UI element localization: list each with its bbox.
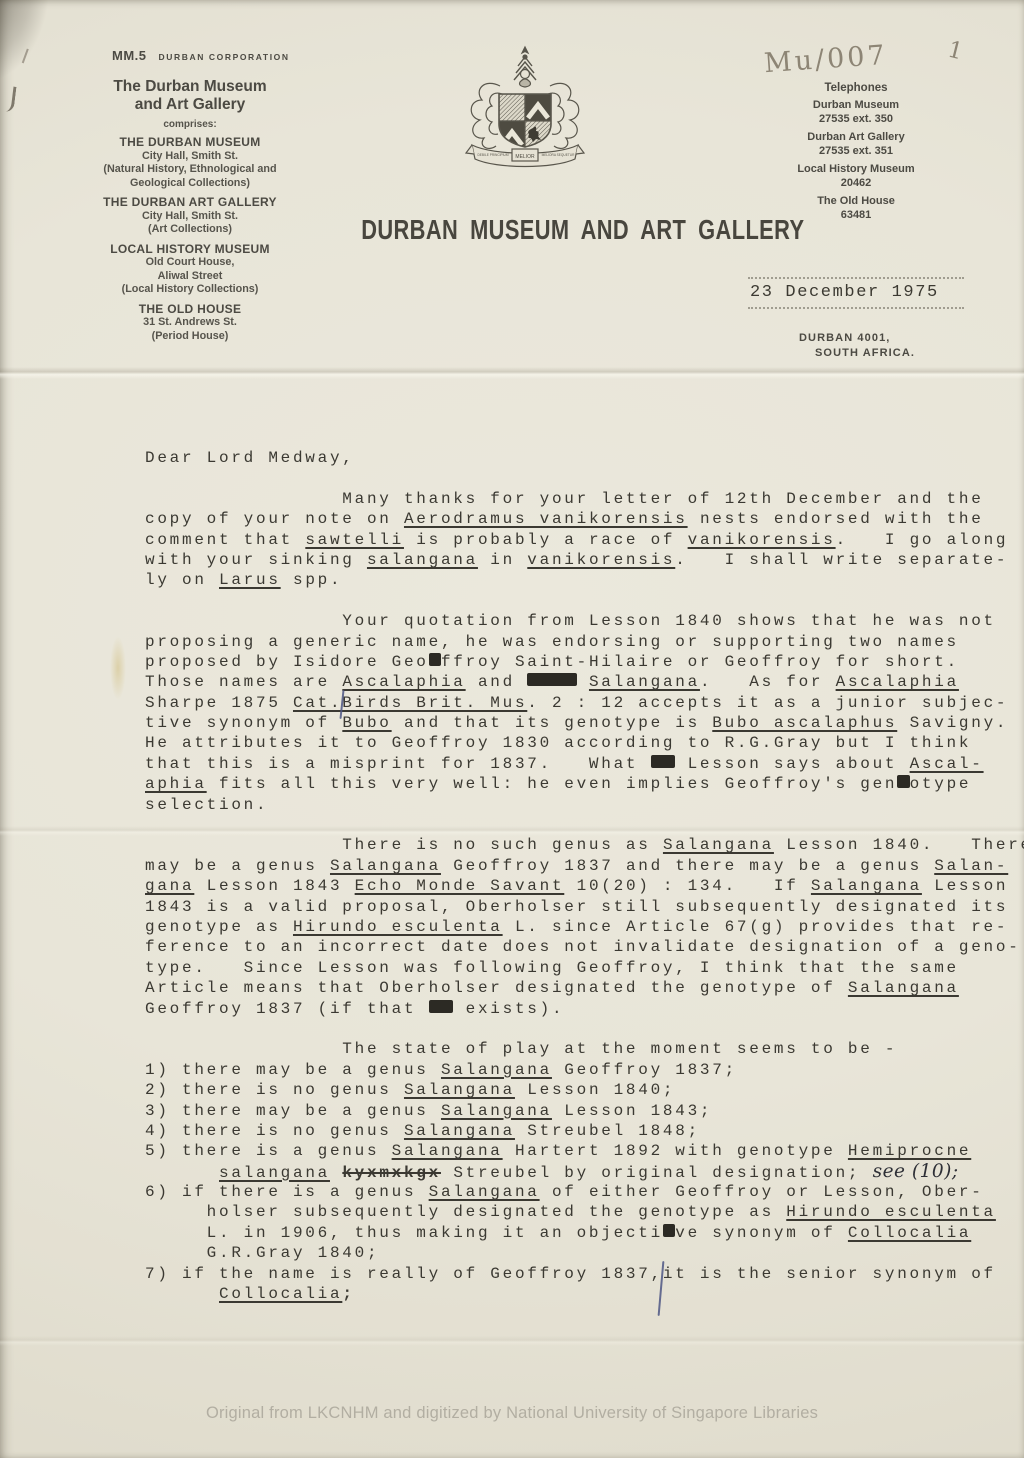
typed-line: 3) there may be a genus Salangana Lesson… <box>145 1101 1024 1121</box>
typed-line: proposed by Isidore Geo ffroy Saint-Hila… <box>145 652 1024 672</box>
typed-text: comment that <box>145 531 305 549</box>
typed-line: gana Lesson 1843 Echo Monde Savant 10(20… <box>145 876 1024 896</box>
institution-detail: (Natural History, Ethnological and <box>56 163 324 177</box>
typed-text: Bubo ascalaphus <box>712 714 897 732</box>
institution-name: THE DURBAN ART GALLERY <box>56 195 324 210</box>
typed-text: ly on <box>145 571 219 589</box>
typed-text <box>145 1164 219 1182</box>
typed-text: and that its genotype is <box>392 714 713 732</box>
typed-text: Collocalia <box>219 1285 342 1303</box>
phone-number: 27535 ext. 351 <box>744 145 968 159</box>
typed-line: 4) there is no genus Salangana Streubel … <box>145 1121 1024 1141</box>
typed-text: Geoffroy 1837 (if that <box>145 1000 429 1018</box>
institution-detail: Old Court House, <box>56 256 324 270</box>
phone-number: 27535 ext. 350 <box>744 113 968 127</box>
address-city: DURBAN 4001, <box>799 331 915 346</box>
typed-text: Salangana <box>392 1142 503 1160</box>
typed-text: Geoffroy 1837 and there may be a genus <box>441 857 934 875</box>
typed-text: Ascal- <box>910 755 984 773</box>
typed-line: 2) there is no genus Salangana Lesson 18… <box>145 1080 1024 1100</box>
typed-line: Article means that Oberholser designated… <box>145 978 1024 998</box>
institution-detail: Aliwal Street <box>56 270 324 284</box>
typed-text: Salangana <box>663 836 774 854</box>
typed-text: . As for <box>700 673 836 691</box>
phone-number: 20462 <box>744 177 968 191</box>
typed-line <box>145 815 1024 835</box>
letter-body: Dear Lord Medway, Many thanks for your l… <box>145 448 1024 1304</box>
typed-text: Salangana <box>429 1183 540 1201</box>
svg-text:DEBILE PRINCIPIUM: DEBILE PRINCIPIUM <box>478 153 509 157</box>
typed-line: may be a genus Salangana Geoffroy 1837 a… <box>145 856 1024 876</box>
paper-crease-bottom <box>0 1336 1024 1346</box>
typed-text: L. in 1906, thus making it an objecti <box>145 1224 663 1242</box>
typed-text: vanikorensis <box>688 531 836 549</box>
museum-name-line2: and Art Gallery <box>56 96 324 114</box>
typed-text: Streubel by original designation; <box>441 1164 873 1182</box>
typed-text <box>577 673 589 691</box>
digitization-watermark: Original from LKCNHM and digitized by Na… <box>0 1404 1024 1423</box>
typed-text: Salan- <box>934 857 1008 875</box>
typed-text: Ascalaphia <box>342 673 465 691</box>
typed-line: tive synonym of Bubo and that its genoty… <box>145 713 1024 733</box>
typed-line <box>145 1019 1024 1039</box>
typed-text: is probably a race of <box>404 531 688 549</box>
phone-name: Local History Museum <box>744 163 968 177</box>
institution-entry: THE DURBAN MUSEUM City Hall, Smith St. (… <box>56 135 324 190</box>
typed-text: 10(20) : 134. If <box>564 877 811 895</box>
phone-name: Durban Museum <box>744 99 968 113</box>
typed-line: ly on Larus spp. <box>145 570 1024 590</box>
typed-text: 7) if the name is really of Geoffroy 183… <box>145 1265 996 1283</box>
handwritten-page-number: 1 <box>945 37 965 66</box>
typed-text: aphia <box>145 775 207 793</box>
typed-line: copy of your note on Aerodramus vanikore… <box>145 509 1024 529</box>
typed-text: type. Since Lesson was following Geoffro… <box>145 959 959 977</box>
typed-text: proposed by Isidore Geo <box>145 653 429 671</box>
typed-line: There is no such genus as Salangana Less… <box>145 835 1024 855</box>
typed-line: ference to an incorrect date does not in… <box>145 937 1024 957</box>
typed-text <box>145 1285 219 1303</box>
typed-text: salangana <box>367 551 478 569</box>
typed-text: that this is a misprint for 1837. What <box>145 755 651 773</box>
phone-entry: The Old House 63481 <box>744 195 968 222</box>
typed-line: Geoffroy 1837 (if that exists). <box>145 999 1024 1019</box>
typed-line: holser subsequently designated the genot… <box>145 1202 1024 1222</box>
typed-text: Sharpe 1875 <box>145 694 293 712</box>
typed-text: Larus <box>219 571 281 589</box>
typed-text: Hartert 1892 with genotype <box>503 1142 848 1160</box>
typed-text: spp. <box>281 571 343 589</box>
typed-text: Those names are <box>145 673 342 691</box>
typed-line: 1) there may be a genus Salangana Geoffr… <box>145 1060 1024 1080</box>
institution-entry: THE OLD HOUSE 31 St. Andrews St. (Period… <box>56 302 324 344</box>
date-block: 23 December 1975 <box>748 277 964 309</box>
typed-text: ve synonym of <box>675 1224 848 1242</box>
typed-text: Salangana <box>404 1081 515 1099</box>
scanned-letter-page: { "corner": { "code": "MM.5", "org": "DU… <box>0 0 1024 1458</box>
typed-text: Salangana <box>848 979 959 997</box>
typed-over-redaction <box>429 653 441 666</box>
typed-text: Aerodramus vanikorensis <box>404 510 688 528</box>
typed-line: 7) if the name is really of Geoffroy 183… <box>145 1264 1024 1284</box>
typed-text: . 2 : 12 accepts it as a junior subjec- <box>527 694 1008 712</box>
svg-text:MELIORA SEQUETUR: MELIORA SEQUETUR <box>542 153 575 157</box>
paper-stain <box>110 636 126 700</box>
typed-text: Dear Lord Medway, <box>145 449 355 467</box>
typed-text: G.R.Gray 1840; <box>145 1244 379 1262</box>
typed-text: fits all this very well: he even implies… <box>207 775 898 793</box>
typed-text: may be a genus <box>145 857 330 875</box>
typed-text: 5) there is a genus <box>145 1142 392 1160</box>
typed-text: L. since Article 67(g) provides that re- <box>503 918 1009 936</box>
museum-name-line1: The Durban Museum <box>56 78 324 96</box>
typed-text: Hirundo esculenta <box>786 1203 996 1221</box>
typed-line: 1843 is a valid proposal, Oberholser sti… <box>145 897 1024 917</box>
comprises-label: comprises: <box>56 119 324 130</box>
typed-text: Your quotation from Lesson 1840 shows th… <box>145 612 996 630</box>
typed-text: sawtelli <box>305 531 404 549</box>
typed-line: Your quotation from Lesson 1840 shows th… <box>145 611 1024 631</box>
typed-line: Those names are Ascalaphia and Salangana… <box>145 672 1024 692</box>
typed-over-redaction <box>527 673 576 686</box>
address-block: DURBAN 4001, SOUTH AFRICA. <box>799 331 915 360</box>
typed-text: ffroy Saint-Hilaire or Geoffroy for shor… <box>441 653 959 671</box>
typed-text: 3) there may be a genus <box>145 1102 441 1120</box>
typed-text: copy of your note on <box>145 510 404 528</box>
typed-over-redaction <box>663 1224 675 1237</box>
typed-text: holser subsequently designated the genot… <box>145 1203 786 1221</box>
typed-text: Cat.Birds Brit. Mus <box>293 694 527 712</box>
typed-text: Lesson 1843; <box>552 1102 712 1120</box>
typed-text: Salangana <box>811 877 922 895</box>
typed-over-redaction <box>429 1000 454 1013</box>
typed-text: exists). <box>453 1000 564 1018</box>
typed-text: tive synonym of <box>145 714 342 732</box>
address-country: SOUTH AFRICA. <box>799 346 915 361</box>
institution-entry: LOCAL HISTORY MUSEUM Old Court House, Al… <box>56 242 324 297</box>
dotted-rule <box>748 307 964 309</box>
corporation-name: DURBAN CORPORATION <box>159 52 290 62</box>
organization-title: DURBAN MUSEUM AND ART GALLERY <box>361 214 689 246</box>
institution-name: THE DURBAN MUSEUM <box>56 135 324 150</box>
typed-text: 1) there may be a genus <box>145 1061 441 1079</box>
typed-text: nests endorsed with the <box>688 510 984 528</box>
typed-line: that this is a misprint for 1837. What L… <box>145 754 1024 774</box>
typed-text: Salangana <box>589 673 700 691</box>
typed-line: Dear Lord Medway, <box>145 448 1024 468</box>
typed-text: ; <box>342 1285 354 1303</box>
typed-text: Lesson 1840; <box>515 1081 675 1099</box>
institution-detail: (Local History Collections) <box>56 283 324 297</box>
typed-line: He attributes it to Geoffroy 1830 accord… <box>145 733 1024 753</box>
typed-text: Hemiprocne <box>848 1142 971 1160</box>
typed-text: ference to an incorrect date does not in… <box>145 938 1021 956</box>
typed-text: Salangana <box>404 1122 515 1140</box>
typed-text: kyxmxkgx <box>342 1164 441 1182</box>
typed-text: with your sinking <box>145 551 367 569</box>
typed-text: 2) there is no genus <box>145 1081 404 1099</box>
institution-detail: City Hall, Smith St. <box>56 150 324 164</box>
typed-text: Salangana <box>441 1102 552 1120</box>
typed-line: 6) if there is a genus Salangana of eith… <box>145 1182 1024 1202</box>
typed-text: and <box>466 673 528 691</box>
typed-text: Article means that Oberholser designated… <box>145 979 848 997</box>
typed-text: . I shall write separate- <box>675 551 1008 569</box>
typed-line: 5) there is a genus Salangana Hartert 18… <box>145 1141 1024 1161</box>
typed-line: proposing a generic name, he was endorsi… <box>145 632 1024 652</box>
phone-name: The Old House <box>744 195 968 209</box>
phone-entry: Local History Museum 20462 <box>744 163 968 190</box>
typed-text: He attributes it to Geoffroy 1830 accord… <box>145 734 971 752</box>
letterhead-right-block: Telephones Durban Museum 27535 ext. 350 … <box>744 82 968 222</box>
phone-number: 63481 <box>744 209 968 223</box>
typed-line: G.R.Gray 1840; <box>145 1243 1024 1263</box>
typed-text: Salangana <box>441 1061 552 1079</box>
institution-detail: (Period House) <box>56 330 324 344</box>
institution-name: LOCAL HISTORY MUSEUM <box>56 242 324 257</box>
typed-line: with your sinking salangana in vanikoren… <box>145 550 1024 570</box>
typed-line: genotype as Hirundo esculenta L. since A… <box>145 917 1024 937</box>
typed-line: salangana kyxmxkgx Streubel by original … <box>145 1162 1024 1182</box>
crest-motto-text: MELIOR <box>515 154 535 160</box>
form-code-line: MM.5DURBAN CORPORATION <box>112 47 290 65</box>
typed-text: Savigny. <box>897 714 1008 732</box>
typed-line: comment that sawtelli is probably a race… <box>145 530 1024 550</box>
typed-line: Many thanks for your letter of 12th Dece… <box>145 489 1024 509</box>
institution-detail: City Hall, Smith St. <box>56 210 324 224</box>
typed-text <box>330 1164 342 1182</box>
typed-text: selection. <box>145 796 268 814</box>
typed-text: . I go along <box>836 531 1009 549</box>
typed-text: Echo Monde Savant <box>355 877 565 895</box>
typed-text: otype <box>910 775 972 793</box>
typed-text: Many thanks for your letter of 12th Dece… <box>145 490 984 508</box>
typed-line <box>145 591 1024 611</box>
typed-text: in <box>478 551 527 569</box>
typed-text: Lesson 1843 <box>194 877 354 895</box>
typed-text: of either Geoffroy or Lesson, Ober- <box>540 1183 984 1201</box>
dotted-rule <box>748 277 964 279</box>
typed-text: Ascalaphia <box>836 673 959 691</box>
typed-text: Bubo <box>342 714 391 732</box>
institution-name: THE OLD HOUSE <box>56 302 324 317</box>
paper-crease-top <box>0 367 1024 379</box>
institution-detail: Geological Collections) <box>56 177 324 191</box>
institution-detail: 31 St. Andrews St. <box>56 316 324 330</box>
typed-text: Lesson 1840. There <box>774 836 1024 854</box>
typed-text: 1843 is a valid proposal, Oberholser sti… <box>145 898 1008 916</box>
typed-text: 6) if there is a genus <box>145 1183 429 1201</box>
handwritten-reference-code: Mu/007 <box>763 40 889 80</box>
typed-text: Salangana <box>330 857 441 875</box>
typed-line: type. Since Lesson was following Geoffro… <box>145 958 1024 978</box>
typed-text: proposing a generic name, he was endorsi… <box>145 633 959 651</box>
typed-text: 4) there is no genus <box>145 1122 404 1140</box>
form-code: MM.5 <box>112 48 147 63</box>
typed-line: Sharpe 1875 Cat.Birds Brit. Mus. 2 : 12 … <box>145 693 1024 713</box>
typed-text: Collocalia <box>848 1224 971 1242</box>
typed-over-redaction <box>897 775 909 788</box>
typed-text: Geoffroy 1837; <box>552 1061 737 1079</box>
typed-line: The state of play at the moment seems to… <box>145 1039 1024 1059</box>
phone-entry: Durban Art Gallery 27535 ext. 351 <box>744 131 968 158</box>
typed-line: Collocalia; <box>145 1284 1024 1304</box>
typed-text: salangana <box>219 1164 330 1182</box>
institution-detail: (Art Collections) <box>56 223 324 237</box>
typed-text: Lesson says about <box>675 755 909 773</box>
letterhead-left-block: The Durban Museum and Art Gallery compri… <box>56 78 324 343</box>
telephones-label: Telephones <box>744 82 968 94</box>
typed-text: Hirundo esculenta <box>293 918 503 936</box>
typed-text: gana <box>145 877 194 895</box>
phone-entry: Durban Museum 27535 ext. 350 <box>744 99 968 126</box>
phone-name: Durban Art Gallery <box>744 131 968 145</box>
typed-text: There is no such genus as <box>145 836 663 854</box>
institution-entry: THE DURBAN ART GALLERY City Hall, Smith … <box>56 195 324 237</box>
typed-line: L. in 1906, thus making it an objecti ve… <box>145 1223 1024 1243</box>
typed-text: The state of play at the moment seems to… <box>145 1040 897 1058</box>
typed-text: Streubel 1848; <box>515 1122 700 1140</box>
handwritten-note: see (10); <box>873 1161 959 1182</box>
typed-over-redaction <box>651 755 676 768</box>
typed-line: aphia fits all this very well: he even i… <box>145 774 1024 794</box>
typed-text: Lesson <box>922 877 1008 895</box>
coat-of-arms-crest: MELIOR DEBILE PRINCIPIUM MELIORA SEQUETU… <box>460 44 590 172</box>
typed-line <box>145 468 1024 488</box>
typed-text: genotype as <box>145 918 293 936</box>
typed-line: selection. <box>145 795 1024 815</box>
letter-date: 23 December 1975 <box>748 279 964 307</box>
typed-text: vanikorensis <box>527 551 675 569</box>
